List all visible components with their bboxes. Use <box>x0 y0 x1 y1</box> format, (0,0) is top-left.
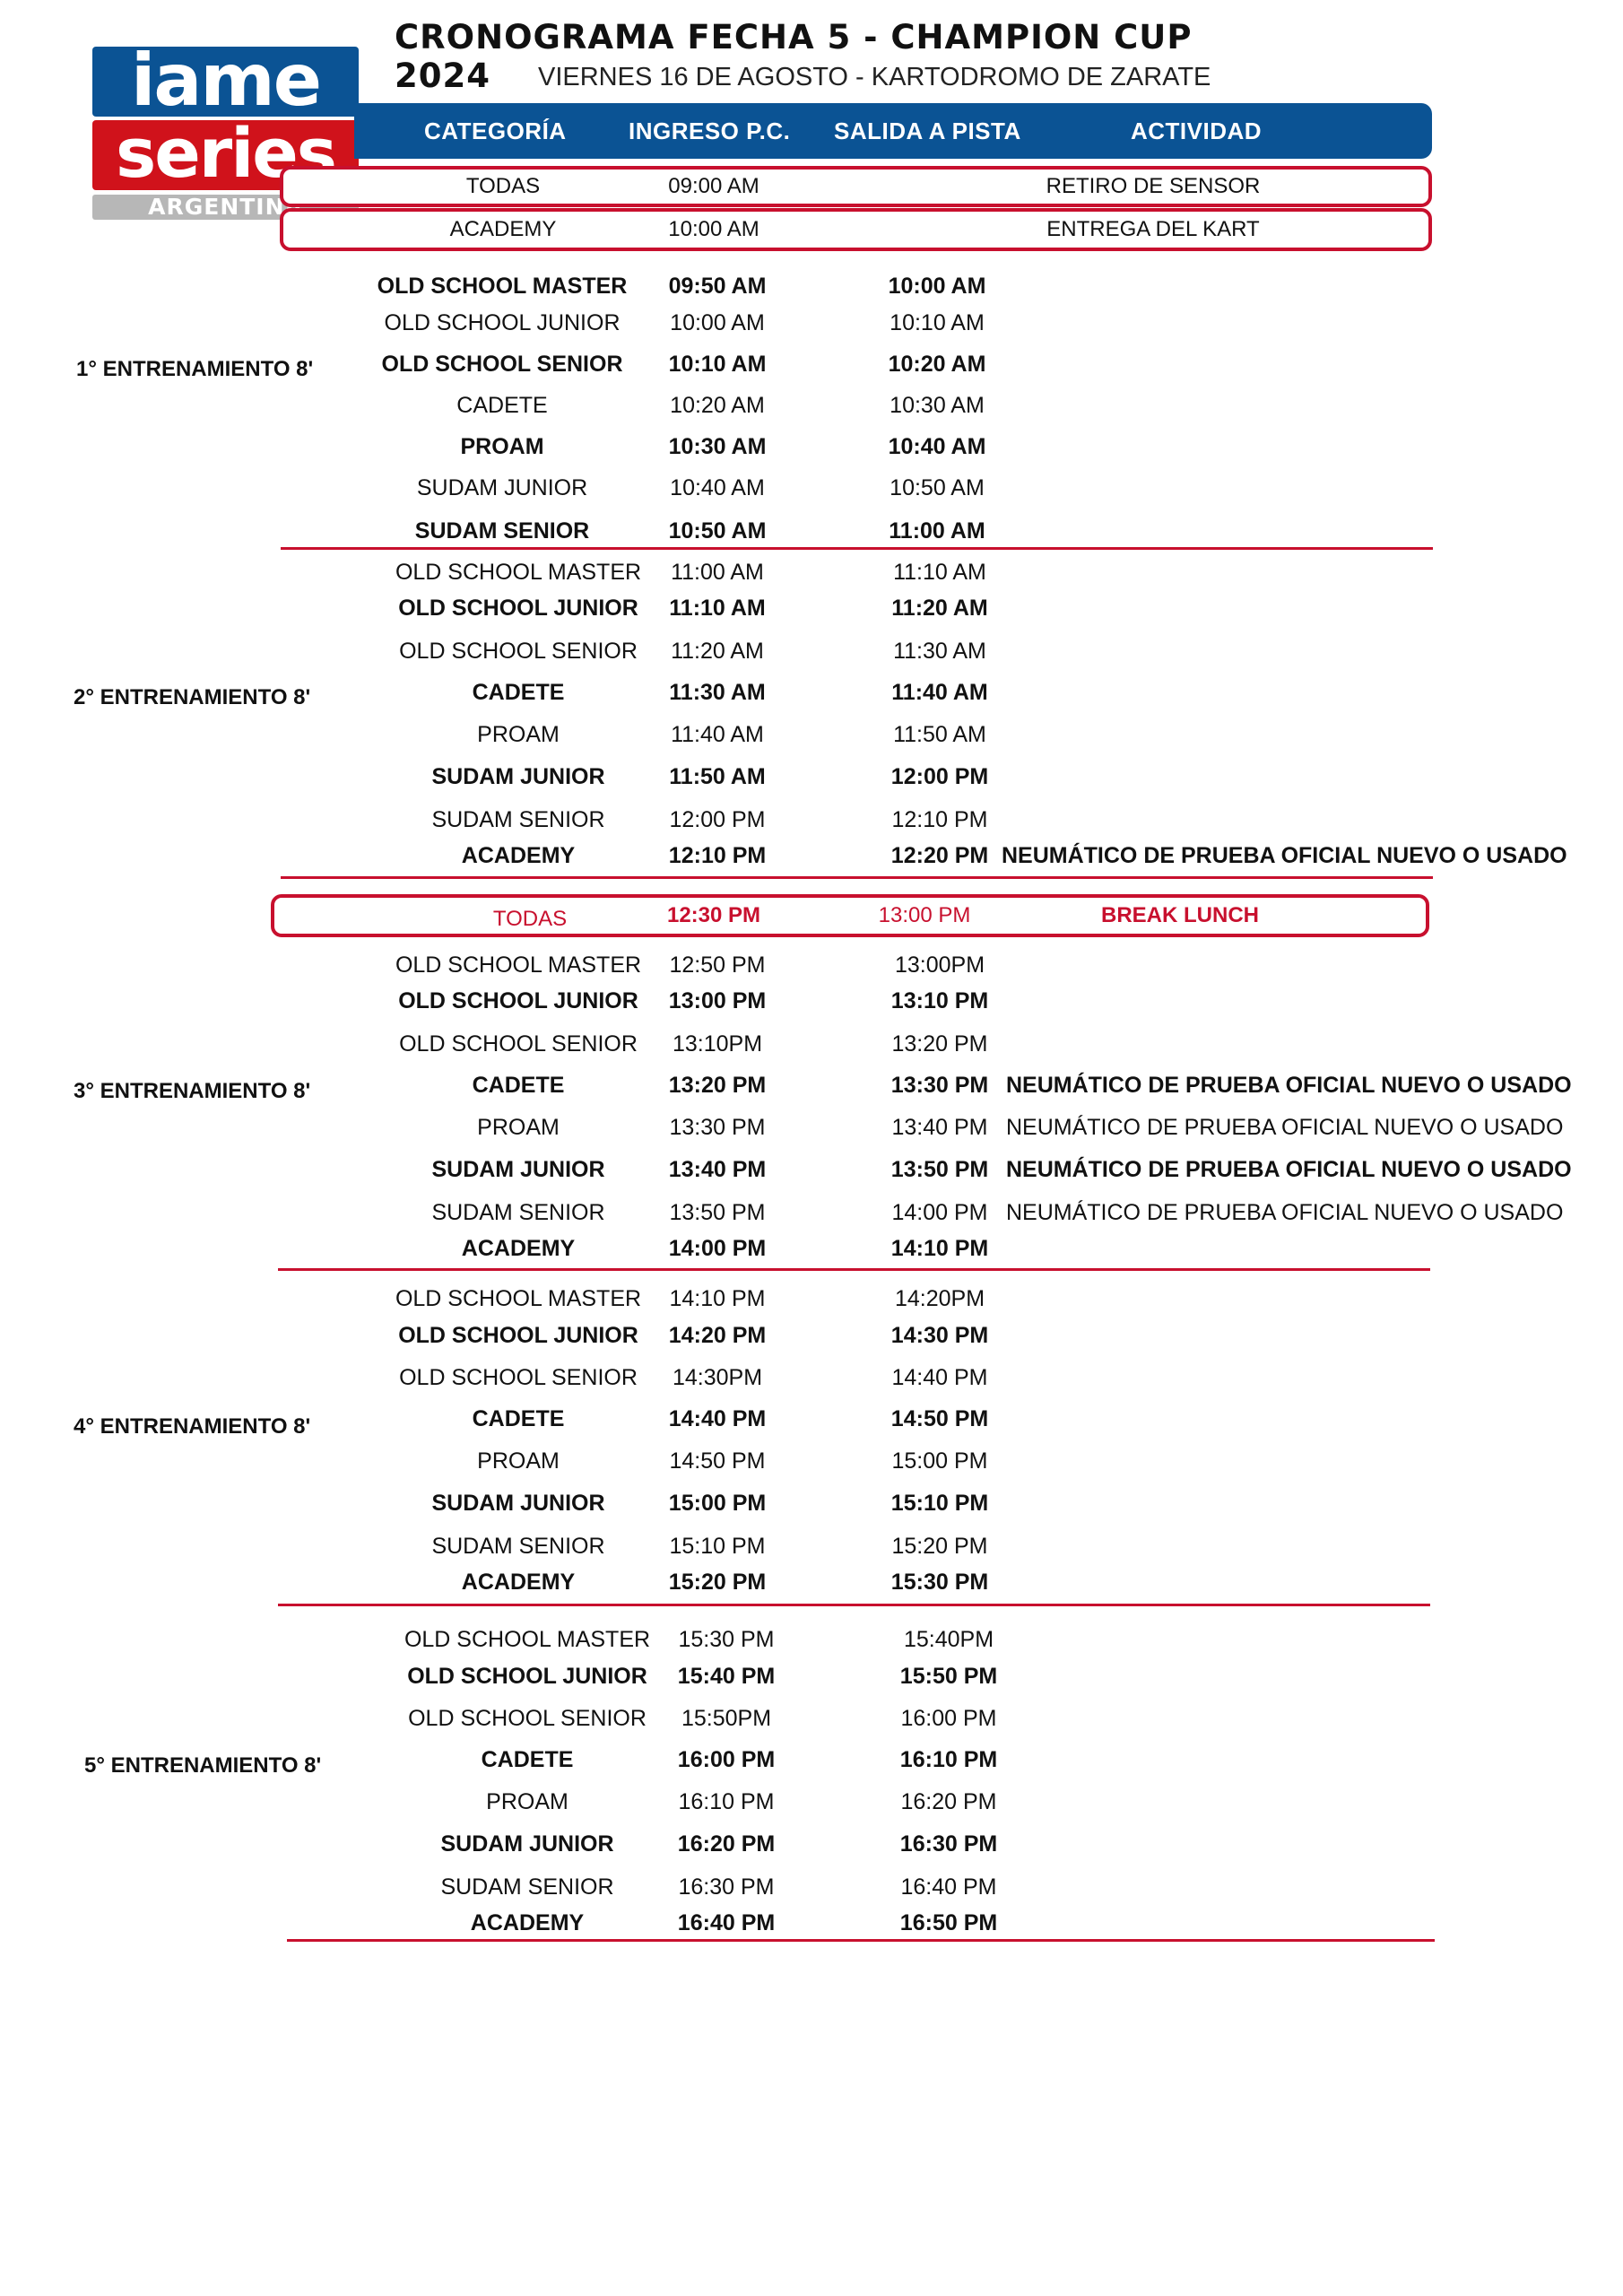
row-category: SUDAM SENIOR <box>431 1200 604 1226</box>
row-actividad: NEUMÁTICO DE PRUEBA OFICIAL NUEVO O USAD… <box>1006 1157 1572 1183</box>
row-ingreso: 15:20 PM <box>669 1570 766 1596</box>
row-category: OLD SCHOOL MASTER <box>395 560 641 586</box>
pre-row-academy: ACADEMY 10:00 AM ENTREGA DEL KART <box>280 208 1432 251</box>
row-category: OLD SCHOOL MASTER <box>395 1286 641 1312</box>
row-salida: 16:10 PM <box>900 1747 997 1773</box>
row-ingreso: 12:10 PM <box>669 843 766 869</box>
row-category: OLD SCHOOL SENIOR <box>399 639 638 665</box>
section-divider <box>287 1939 1435 1942</box>
row-salida: 13:50 PM <box>891 1157 988 1183</box>
row-salida: 14:30 PM <box>891 1323 988 1349</box>
break-actividad: BREAK LUNCH <box>1046 898 1315 934</box>
row-salida: 10:30 AM <box>890 393 985 419</box>
section-label: 2° ENTRENAMIENTO 8' <box>74 685 310 710</box>
row-ingreso: 10:10 AM <box>669 352 767 378</box>
row-category: SUDAM JUNIOR <box>431 1157 604 1183</box>
section-divider <box>281 876 1433 879</box>
row-ingreso: 13:40 PM <box>669 1157 766 1183</box>
row-ingreso: 11:00 AM <box>671 560 764 586</box>
row-ingreso: 14:10 PM <box>669 1286 765 1312</box>
row-ingreso: 14:00 PM <box>669 1236 766 1262</box>
row-salida: 12:00 PM <box>891 764 988 790</box>
row-ingreso: 11:10 AM <box>669 596 765 622</box>
row-salida: 13:40 PM <box>891 1115 987 1141</box>
row-ingreso: 16:10 PM <box>678 1789 774 1815</box>
row-category: OLD SCHOOL MASTER <box>395 952 641 978</box>
row-ingreso: 16:20 PM <box>678 1831 775 1857</box>
row-ingreso: 16:30 PM <box>678 1874 774 1900</box>
header-ingreso: INGRESO P.C. <box>629 103 790 159</box>
row-salida: 13:20 PM <box>891 1031 987 1057</box>
row-category: PROAM <box>486 1789 568 1815</box>
row-ingreso: 13:30 PM <box>669 1115 765 1141</box>
row-ingreso: 10:20 AM <box>670 393 765 419</box>
row-ingreso: 15:40 PM <box>678 1664 775 1690</box>
row-ingreso: 15:50PM <box>681 1706 771 1732</box>
section-label: 4° ENTRENAMIENTO 8' <box>74 1414 310 1439</box>
pre-row-ingreso: 09:00 AM <box>638 170 790 204</box>
row-ingreso: 11:20 AM <box>671 639 764 665</box>
header-salida: SALIDA A PISTA <box>834 103 1021 159</box>
row-category: OLD SCHOOL SENIOR <box>408 1706 647 1732</box>
row-salida: 10:40 AM <box>889 434 986 460</box>
row-salida: 16:40 PM <box>900 1874 996 1900</box>
row-ingreso: 09:50 AM <box>669 274 767 300</box>
header-actividad: ACTIVIDAD <box>1131 103 1262 159</box>
row-salida: 11:00 AM <box>889 518 985 544</box>
pre-row-ingreso: 10:00 AM <box>638 212 790 248</box>
row-category: OLD SCHOOL JUNIOR <box>398 596 638 622</box>
row-ingreso: 13:10PM <box>673 1031 762 1057</box>
table-header: CATEGORÍA INGRESO P.C. SALIDA A PISTA AC… <box>354 103 1432 159</box>
row-ingreso: 13:50 PM <box>669 1200 765 1226</box>
row-salida: 10:00 AM <box>889 274 986 300</box>
row-ingreso: 15:00 PM <box>669 1491 766 1517</box>
row-category: ACADEMY <box>471 1910 584 1936</box>
pre-row-todas: TODAS 09:00 AM RETIRO DE SENSOR <box>280 166 1432 207</box>
section-label: 1° ENTRENAMIENTO 8' <box>76 357 313 382</box>
row-ingreso: 13:20 PM <box>669 1073 766 1099</box>
row-ingreso: 12:00 PM <box>669 807 765 833</box>
page-subtitle: VIERNES 16 DE AGOSTO - KARTODROMO DE ZAR… <box>538 63 1211 92</box>
row-salida: 16:50 PM <box>900 1910 997 1936</box>
row-category: OLD SCHOOL SENIOR <box>381 352 622 378</box>
row-salida: 14:20PM <box>895 1286 985 1312</box>
section-label: 5° ENTRENAMIENTO 8' <box>84 1753 321 1779</box>
row-ingreso: 14:20 PM <box>669 1323 766 1349</box>
pre-row-actividad: RETIRO DE SENSOR <box>911 170 1395 204</box>
break-ingreso: 12:30 PM <box>638 898 790 934</box>
row-salida: 15:40PM <box>904 1627 994 1653</box>
row-salida: 15:50 PM <box>900 1664 997 1690</box>
row-category: PROAM <box>477 722 560 748</box>
row-ingreso: 11:50 AM <box>669 764 765 790</box>
row-salida: 16:30 PM <box>900 1831 997 1857</box>
row-category: OLD SCHOOL MASTER <box>404 1627 650 1653</box>
row-salida: 14:10 PM <box>891 1236 988 1262</box>
row-category: OLD SCHOOL SENIOR <box>399 1031 638 1057</box>
row-ingreso: 11:30 AM <box>669 680 765 706</box>
row-category: CADETE <box>482 1747 574 1773</box>
row-category: SUDAM SENIOR <box>440 1874 613 1900</box>
row-salida: 15:10 PM <box>891 1491 988 1517</box>
section-label: 3° ENTRENAMIENTO 8' <box>74 1079 310 1104</box>
section-divider <box>281 547 1433 550</box>
row-category: SUDAM JUNIOR <box>440 1831 613 1857</box>
row-salida: 10:20 AM <box>889 352 986 378</box>
row-salida: 13:10 PM <box>891 988 988 1014</box>
row-ingreso: 10:40 AM <box>670 475 765 501</box>
header-categoria: CATEGORÍA <box>424 103 567 159</box>
row-ingreso: 14:30PM <box>673 1365 762 1391</box>
row-category: CADETE <box>473 1406 565 1432</box>
row-salida: 12:20 PM <box>891 843 988 869</box>
row-category: OLD SCHOOL SENIOR <box>399 1365 638 1391</box>
row-salida: 11:50 AM <box>893 722 986 748</box>
row-category: OLD SCHOOL JUNIOR <box>384 310 620 336</box>
break-lunch-row: TODAS 12:30 PM 13:00 PM BREAK LUNCH <box>271 894 1429 937</box>
row-category: OLD SCHOOL MASTER <box>378 274 628 300</box>
row-ingreso: 15:10 PM <box>669 1534 765 1560</box>
row-category: ACADEMY <box>462 843 575 869</box>
pre-row-category: ACADEMY <box>422 212 584 248</box>
row-category: CADETE <box>473 680 565 706</box>
row-ingreso: 10:00 AM <box>670 310 765 336</box>
row-ingreso: 14:50 PM <box>669 1448 765 1474</box>
row-salida: 11:40 AM <box>891 680 987 706</box>
row-ingreso: 14:40 PM <box>669 1406 766 1432</box>
row-ingreso: 15:30 PM <box>678 1627 774 1653</box>
row-category: PROAM <box>460 434 543 460</box>
row-salida: 11:20 AM <box>891 596 987 622</box>
row-category: SUDAM JUNIOR <box>417 475 587 501</box>
row-ingreso: 16:00 PM <box>678 1747 775 1773</box>
row-ingreso: 10:30 AM <box>669 434 767 460</box>
row-category: PROAM <box>477 1448 560 1474</box>
section-divider <box>278 1268 1430 1271</box>
row-category: OLD SCHOOL JUNIOR <box>398 988 638 1014</box>
row-category: OLD SCHOOL JUNIOR <box>398 1323 638 1349</box>
row-category: SUDAM SENIOR <box>431 807 604 833</box>
row-category: SUDAM JUNIOR <box>431 764 604 790</box>
row-category: SUDAM JUNIOR <box>431 1491 604 1517</box>
row-salida: 14:40 PM <box>891 1365 987 1391</box>
row-category: OLD SCHOOL JUNIOR <box>407 1664 647 1690</box>
row-salida: 16:20 PM <box>900 1789 996 1815</box>
row-actividad: NEUMÁTICO DE PRUEBA OFICIAL NUEVO O USAD… <box>1002 843 1567 869</box>
logo-iame: iame <box>92 47 359 117</box>
row-salida: 15:30 PM <box>891 1570 988 1596</box>
row-actividad: NEUMÁTICO DE PRUEBA OFICIAL NUEVO O USAD… <box>1006 1115 1563 1141</box>
row-category: SUDAM SENIOR <box>415 518 589 544</box>
row-ingreso: 10:50 AM <box>669 518 767 544</box>
row-salida: 11:10 AM <box>893 560 986 586</box>
row-ingreso: 11:40 AM <box>671 722 764 748</box>
break-salida: 13:00 PM <box>848 898 1001 934</box>
row-category: SUDAM SENIOR <box>431 1534 604 1560</box>
row-salida: 16:00 PM <box>900 1706 996 1732</box>
row-salida: 15:00 PM <box>891 1448 987 1474</box>
row-category: ACADEMY <box>462 1570 575 1596</box>
row-salida: 11:30 AM <box>893 639 986 665</box>
row-salida: 12:10 PM <box>891 807 987 833</box>
row-category: CADETE <box>473 1073 565 1099</box>
pre-row-actividad: ENTREGA DEL KART <box>911 212 1395 248</box>
row-actividad: NEUMÁTICO DE PRUEBA OFICIAL NUEVO O USAD… <box>1006 1073 1572 1099</box>
row-salida: 10:50 AM <box>890 475 985 501</box>
row-category: CADETE <box>456 393 547 419</box>
break-category: TODAS <box>418 898 642 934</box>
row-salida: 15:20 PM <box>891 1534 987 1560</box>
row-category: ACADEMY <box>462 1236 575 1262</box>
row-salida: 14:50 PM <box>891 1406 988 1432</box>
row-salida: 13:30 PM <box>891 1073 988 1099</box>
section-divider <box>278 1604 1430 1606</box>
row-actividad: NEUMÁTICO DE PRUEBA OFICIAL NUEVO O USAD… <box>1006 1200 1563 1226</box>
row-salida: 13:00PM <box>895 952 985 978</box>
row-ingreso: 16:40 PM <box>678 1910 775 1936</box>
row-ingreso: 13:00 PM <box>669 988 766 1014</box>
row-salida: 14:00 PM <box>891 1200 987 1226</box>
row-salida: 10:10 AM <box>890 310 985 336</box>
row-category: PROAM <box>477 1115 560 1141</box>
row-ingreso: 12:50 PM <box>669 952 765 978</box>
pre-row-category: TODAS <box>422 170 584 204</box>
